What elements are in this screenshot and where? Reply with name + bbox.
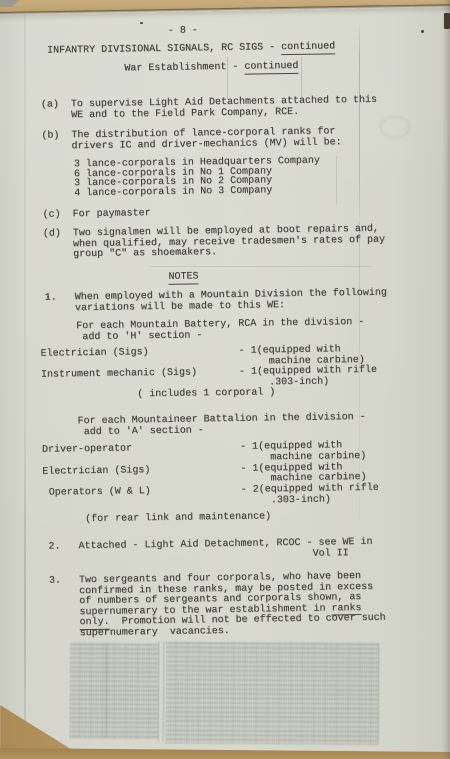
paragraph-d: (d) Two signalmen will be employed at bo…: [43, 225, 385, 262]
typewritten-text-layer: - 8 - INFANTRY DIVISIONAL SIGNALS, RC SI…: [0, 0, 450, 759]
subtitle-text: War Establishment -: [124, 62, 244, 75]
paragraph-a: (a) To supervise Light Aid Detachments a…: [41, 96, 377, 122]
document-title: INFANTRY DIVISIONAL SIGNALS, RC SIGS - c…: [47, 42, 335, 57]
right-sheet-edge: [442, 0, 450, 759]
title-text: INFANTRY DIVISIONAL SIGNALS, RC SIGS -: [47, 42, 281, 56]
note-2: 2. Attached - Light Aid Detachment, RCOC…: [48, 538, 372, 564]
subtitle-continued-underlined: continued: [244, 61, 298, 74]
rear-link-note: (for rear link and maintenance): [85, 512, 271, 525]
notes-heading-underlined: NOTES: [168, 271, 198, 284]
note3-part1: 3. Two sergeants and four corporals, who…: [49, 571, 373, 618]
note-3: 3. Two sergeants and four corporals, who…: [49, 572, 386, 641]
scanned-document-photo: - 8 - INFANTRY DIVISIONAL SIGNALS, RC SI…: [0, 0, 450, 759]
page-number: - 8 -: [168, 26, 198, 37]
mountaineer-battalion-additions-table: Driver-operator - 1(equipped with machin…: [42, 441, 379, 511]
paper-sheet: - 8 - INFANTRY DIVISIONAL SIGNALS, RC SI…: [0, 0, 450, 759]
paragraph-c: (c) For paymaster: [42, 209, 150, 221]
lance-corporal-distribution-list: 3 lance-corporals in Headquarters Compan…: [74, 157, 321, 199]
background-top-left-patch: [0, 0, 20, 7]
mountain-battery-intro: For each Mountain Battery, RCA in the di…: [76, 318, 364, 343]
note-1: 1. When employed with a Mountain Divisio…: [45, 289, 387, 315]
paragraph-b: (b) The distribution of lance-corporal r…: [41, 127, 341, 153]
mountaineer-battalion-intro: For each Mountaineer Battalion in the di…: [78, 413, 366, 438]
title-continued-underlined: continued: [281, 41, 335, 54]
right-edge-dark-notch: [444, 13, 450, 29]
notes-heading: NOTES: [168, 272, 198, 283]
mountain-battery-additions-table: Electrician (Sigs) - 1(equipped with mac…: [41, 345, 378, 402]
document-subtitle: War Establishment - continued: [124, 62, 298, 75]
